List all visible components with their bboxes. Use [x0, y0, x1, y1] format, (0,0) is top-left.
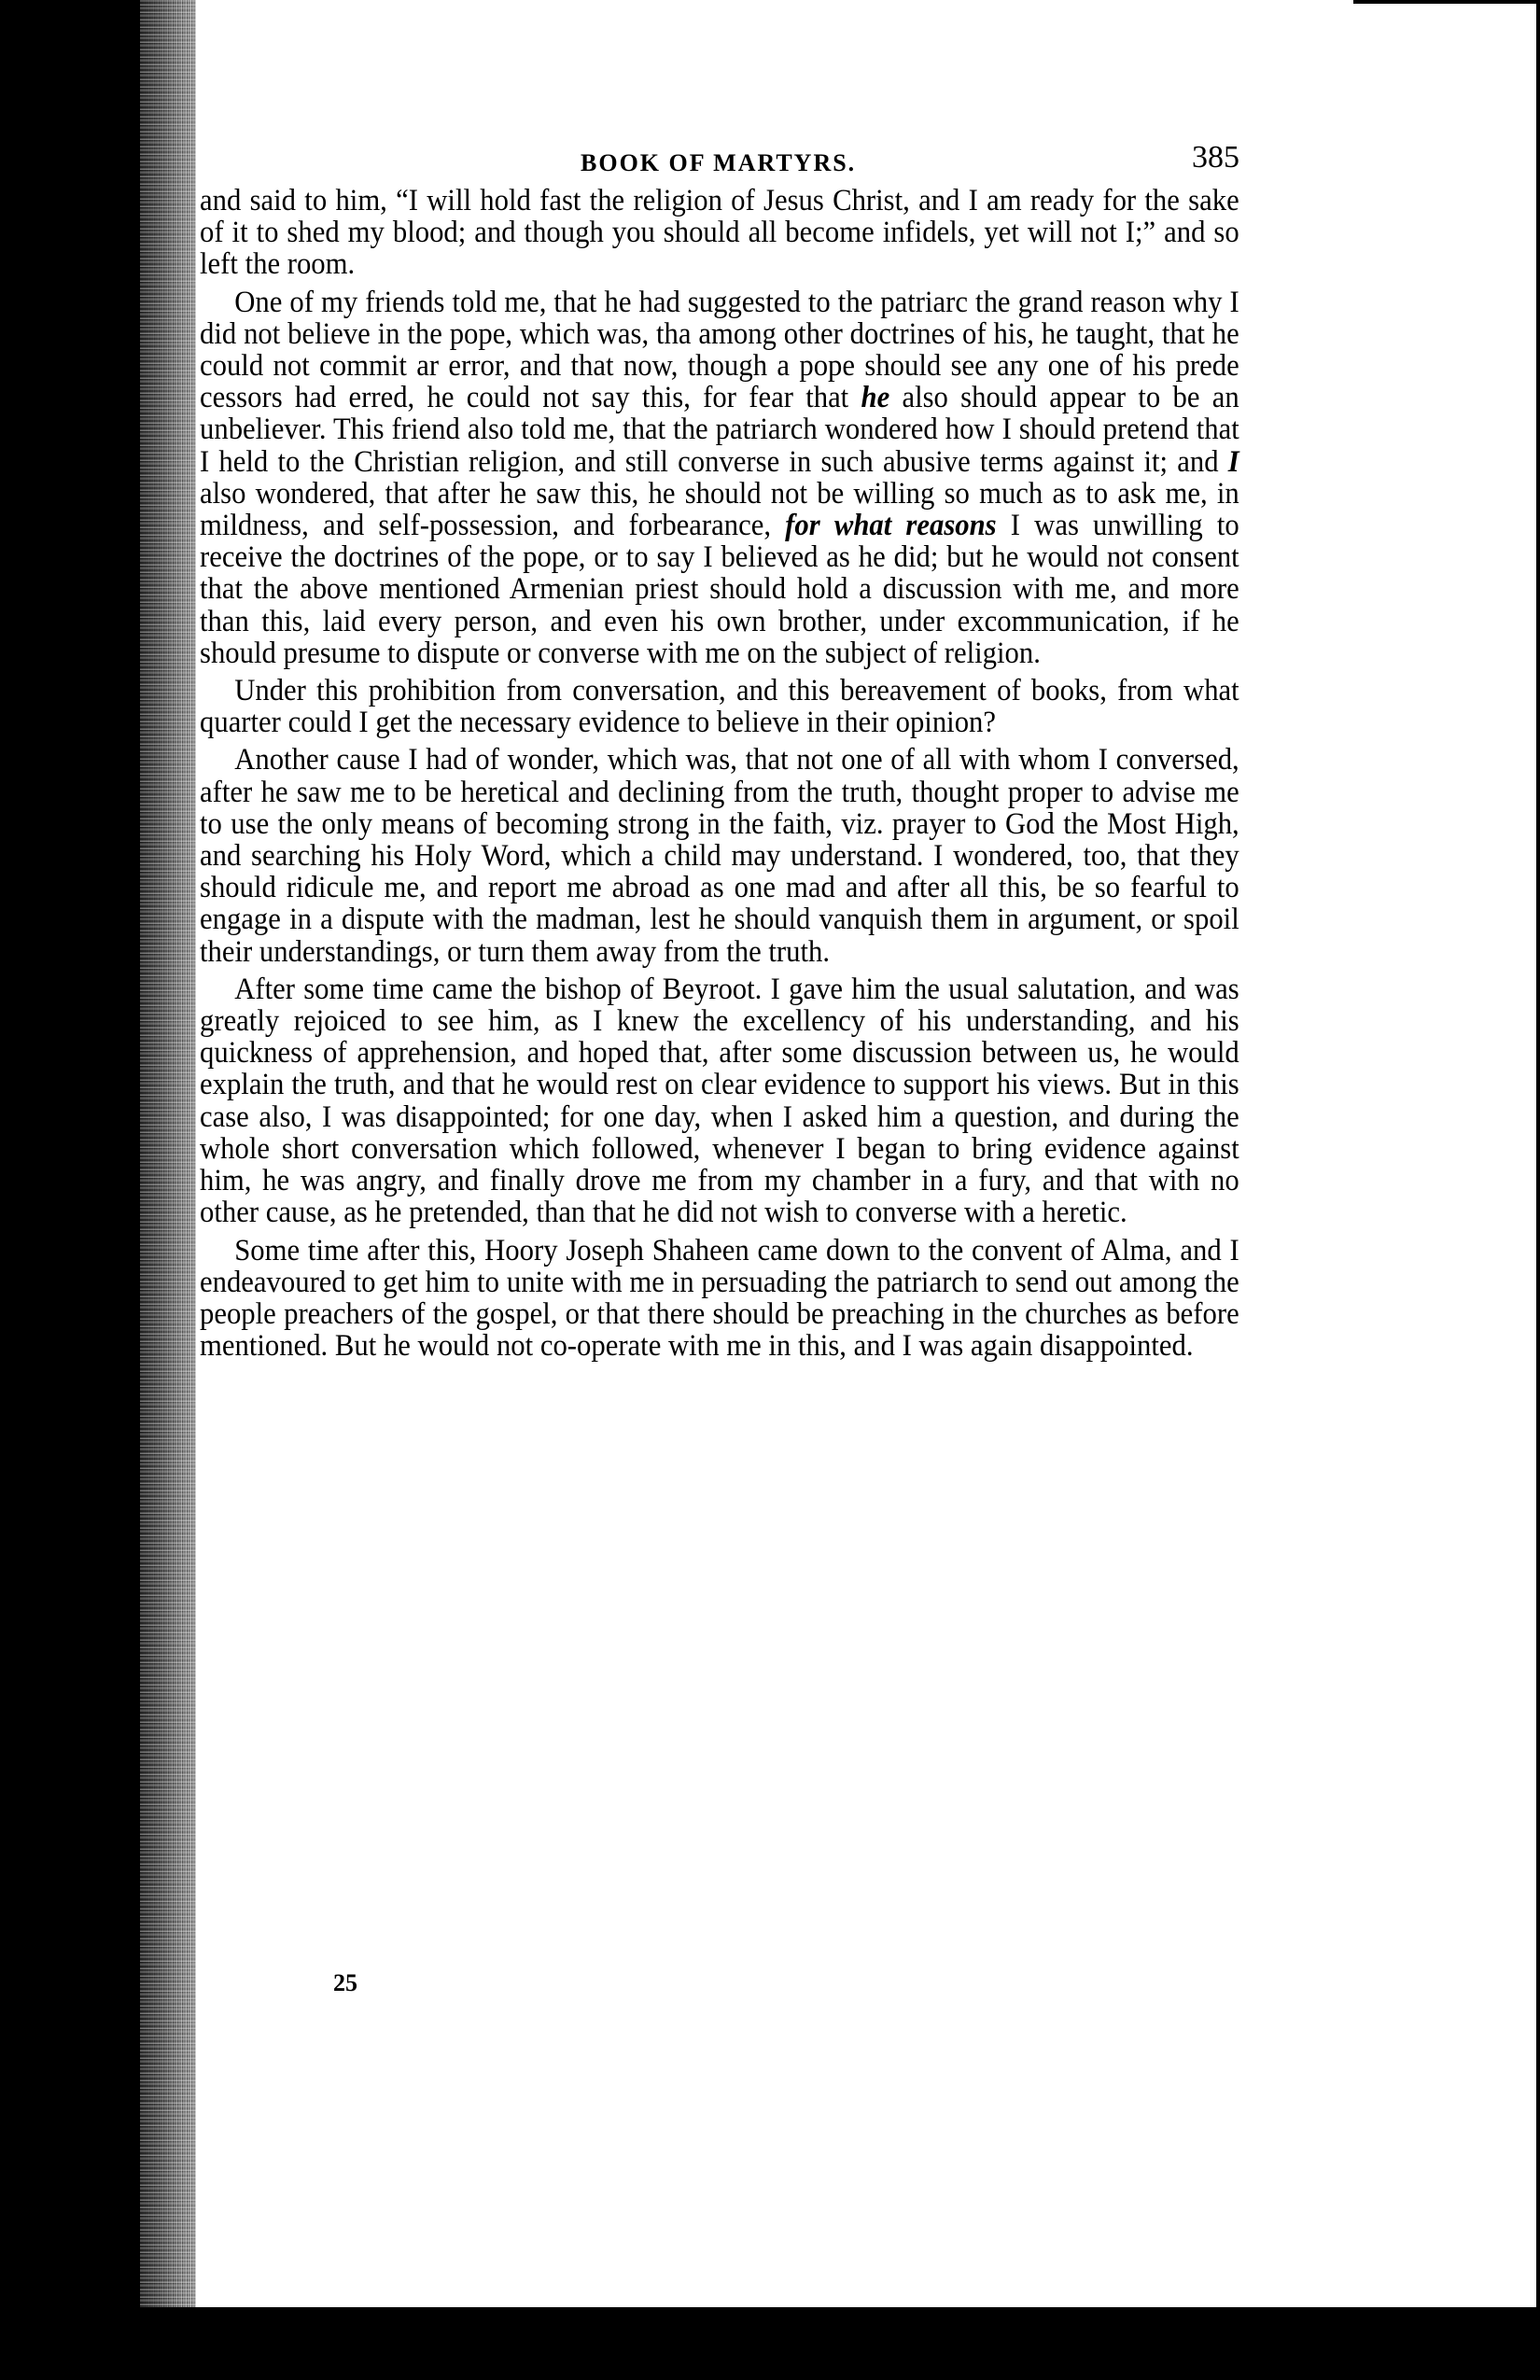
scan-gutter-shadow [0, 0, 140, 2380]
scan-border-bottom [0, 2307, 1540, 2380]
paragraph: Under this prohibition from conversation… [200, 675, 1239, 738]
paragraph: Another cause I had of wonder, which was… [200, 744, 1239, 967]
signature-mark: 25 [333, 1969, 357, 1997]
italic-text: for what reasons [785, 509, 996, 542]
running-head: BOOK OF MARTYRS. 385 [200, 138, 1239, 185]
italic-text: he [861, 381, 890, 414]
page-number: 385 [1192, 140, 1239, 175]
paragraph: and said to him, “I will hold fast the r… [200, 185, 1239, 281]
paragraph-text: Another cause I had of wonder, which was… [200, 743, 1239, 968]
scan-border-right [1536, 0, 1540, 2380]
italic-text: I [1228, 445, 1239, 479]
paragraph-text: Under this prohibition from conversation… [200, 674, 1239, 739]
paragraph: Some time after this, Hoory Joseph Shahe… [200, 1235, 1239, 1363]
paragraph-text: After some time came the bishop of Beyro… [200, 973, 1239, 1229]
paragraph-text: Some time after this, Hoory Joseph Shahe… [200, 1234, 1239, 1364]
paragraph: One of my friends told me, that he had s… [200, 287, 1239, 669]
body-text: and said to him, “I will hold fast the r… [200, 185, 1239, 1362]
scan-border-top [1353, 0, 1540, 4]
paragraph-text: and said to him, “I will hold fast the r… [200, 184, 1239, 281]
book-page: BOOK OF MARTYRS. 385 and said to him, “I… [200, 138, 1239, 1367]
running-title: BOOK OF MARTYRS. [581, 149, 856, 177]
scan-gutter-fade [140, 0, 196, 2380]
paragraph: After some time came the bishop of Beyro… [200, 973, 1239, 1229]
